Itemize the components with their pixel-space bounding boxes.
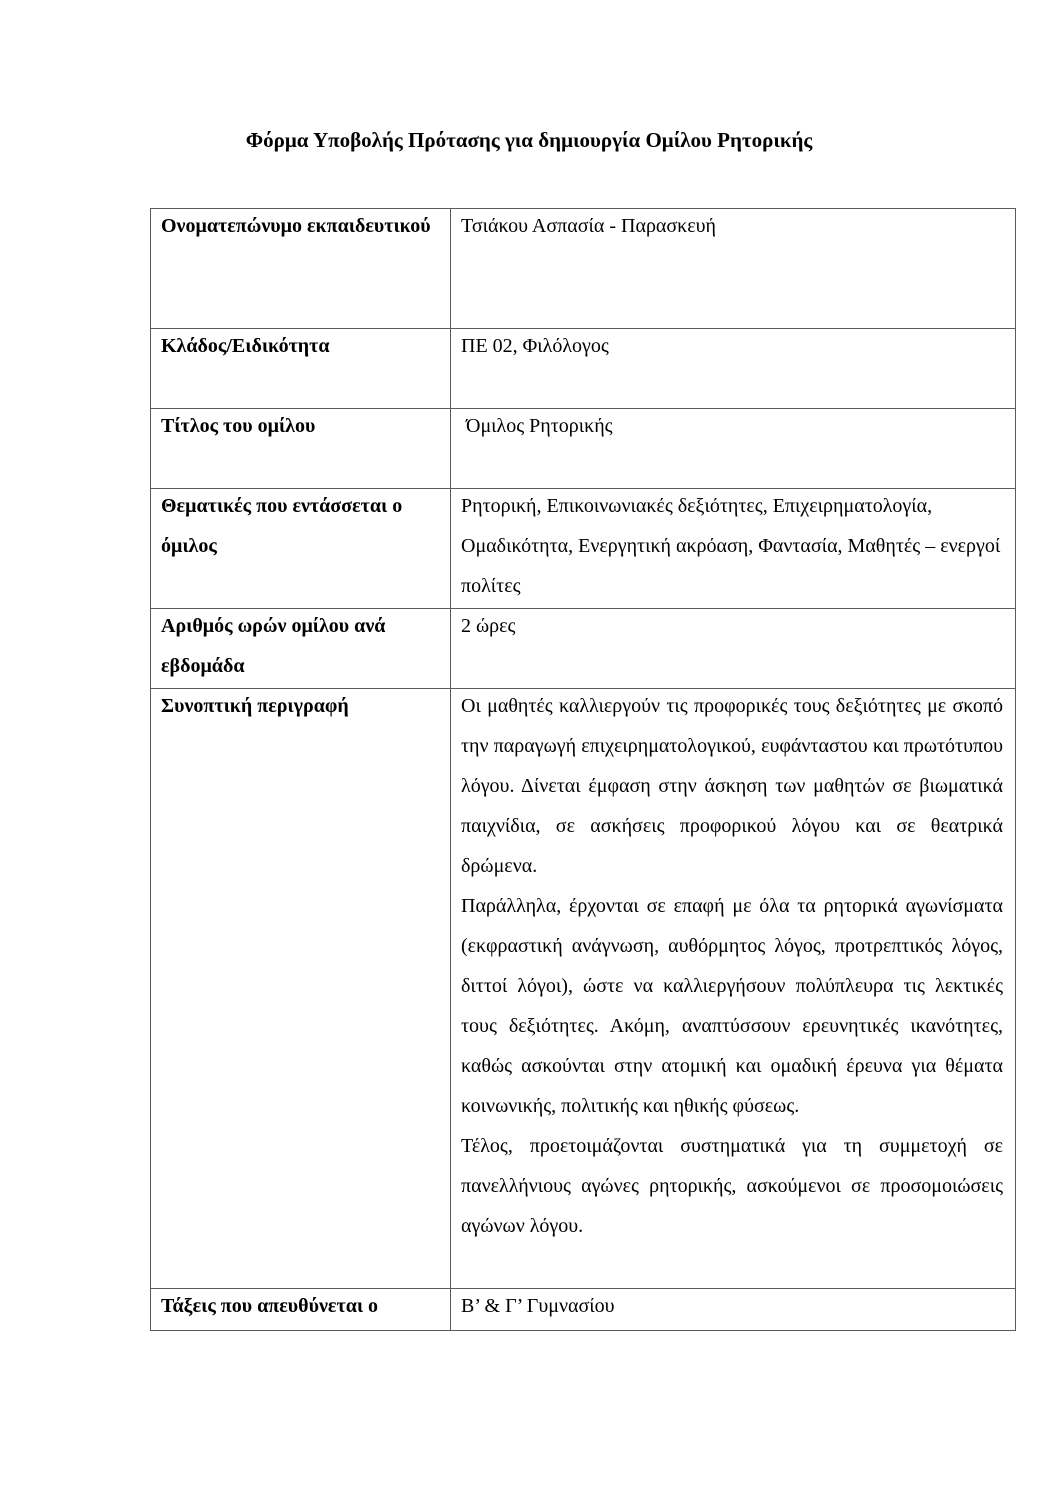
description-paragraph-2: Παράλληλα, έρχονται σε επαφή με όλα τα ρ… xyxy=(461,886,1003,1126)
label-text: Συνοπτική περιγραφή xyxy=(161,686,440,726)
value-target-classes: Β’ & Γ’ Γυμνασίου xyxy=(451,1289,1016,1331)
page-title: Φόρμα Υποβολής Πρότασης για δημιουργία Ο… xyxy=(0,128,1058,153)
label-teacher-name: Ονοματεπώνυμο εκπαιδευτικού xyxy=(151,209,451,329)
value-text: Όμιλος Ρητορικής xyxy=(461,406,1003,446)
label-text: Τίτλος του ομίλου xyxy=(161,406,440,446)
proposal-form-table: Ονοματεπώνυμο εκπαιδευτικού Τσιάκου Ασπα… xyxy=(150,208,1016,1331)
table-row-specialty: Κλάδος/Ειδικότητα ΠΕ 02, Φιλόλογος xyxy=(151,329,1016,409)
table-row-themes: Θεματικές που εντάσσεται ο όμιλος Ρητορι… xyxy=(151,489,1016,609)
value-teacher-name: Τσιάκου Ασπασία - Παρασκευή xyxy=(451,209,1016,329)
value-text: 2 ώρες xyxy=(461,606,1003,646)
label-specialty: Κλάδος/Ειδικότητα xyxy=(151,329,451,409)
value-club-title: Όμιλος Ρητορικής xyxy=(451,409,1016,489)
label-club-title: Τίτλος του ομίλου xyxy=(151,409,451,489)
value-specialty: ΠΕ 02, Φιλόλογος xyxy=(451,329,1016,409)
table-row-description: Συνοπτική περιγραφή Οι μαθητές καλλιεργο… xyxy=(151,689,1016,1289)
label-description: Συνοπτική περιγραφή xyxy=(151,689,451,1289)
label-target-classes: Τάξεις που απευθύνεται ο xyxy=(151,1289,451,1331)
label-weekly-hours: Αριθμός ωρών ομίλου ανά εβδομάδα xyxy=(151,609,451,689)
label-themes: Θεματικές που εντάσσεται ο όμιλος xyxy=(151,489,451,609)
label-text: Ονοματεπώνυμο εκπαιδευτικού xyxy=(161,206,440,246)
value-text: Β’ & Γ’ Γυμνασίου xyxy=(461,1286,1003,1326)
value-text: ΠΕ 02, Φιλόλογος xyxy=(461,326,1003,366)
description-paragraph-3: Τέλος, προετοιμάζονται συστηματικά για τ… xyxy=(461,1126,1003,1246)
value-weekly-hours: 2 ώρες xyxy=(451,609,1016,689)
value-description: Οι μαθητές καλλιεργούν τις προφορικές το… xyxy=(451,689,1016,1289)
value-themes: Ρητορική, Επικοινωνιακές δεξιότητες, Επι… xyxy=(451,489,1016,609)
value-text: Τσιάκου Ασπασία - Παρασκευή xyxy=(461,206,1003,246)
table-row-club-title: Τίτλος του ομίλου Όμιλος Ρητορικής xyxy=(151,409,1016,489)
table-row-target-classes: Τάξεις που απευθύνεται ο Β’ & Γ’ Γυμνασί… xyxy=(151,1289,1016,1331)
label-text: Θεματικές που εντάσσεται ο όμιλος xyxy=(161,486,440,566)
description-paragraph-1: Οι μαθητές καλλιεργούν τις προφορικές το… xyxy=(461,686,1003,886)
label-text: Κλάδος/Ειδικότητα xyxy=(161,326,440,366)
label-text: Τάξεις που απευθύνεται ο xyxy=(161,1286,440,1326)
value-text: Ρητορική, Επικοινωνιακές δεξιότητες, Επι… xyxy=(461,486,1003,606)
label-text: Αριθμός ωρών ομίλου ανά εβδομάδα xyxy=(161,606,440,686)
table-row-weekly-hours: Αριθμός ωρών ομίλου ανά εβδομάδα 2 ώρες xyxy=(151,609,1016,689)
table-row-teacher-name: Ονοματεπώνυμο εκπαιδευτικού Τσιάκου Ασπα… xyxy=(151,209,1016,329)
